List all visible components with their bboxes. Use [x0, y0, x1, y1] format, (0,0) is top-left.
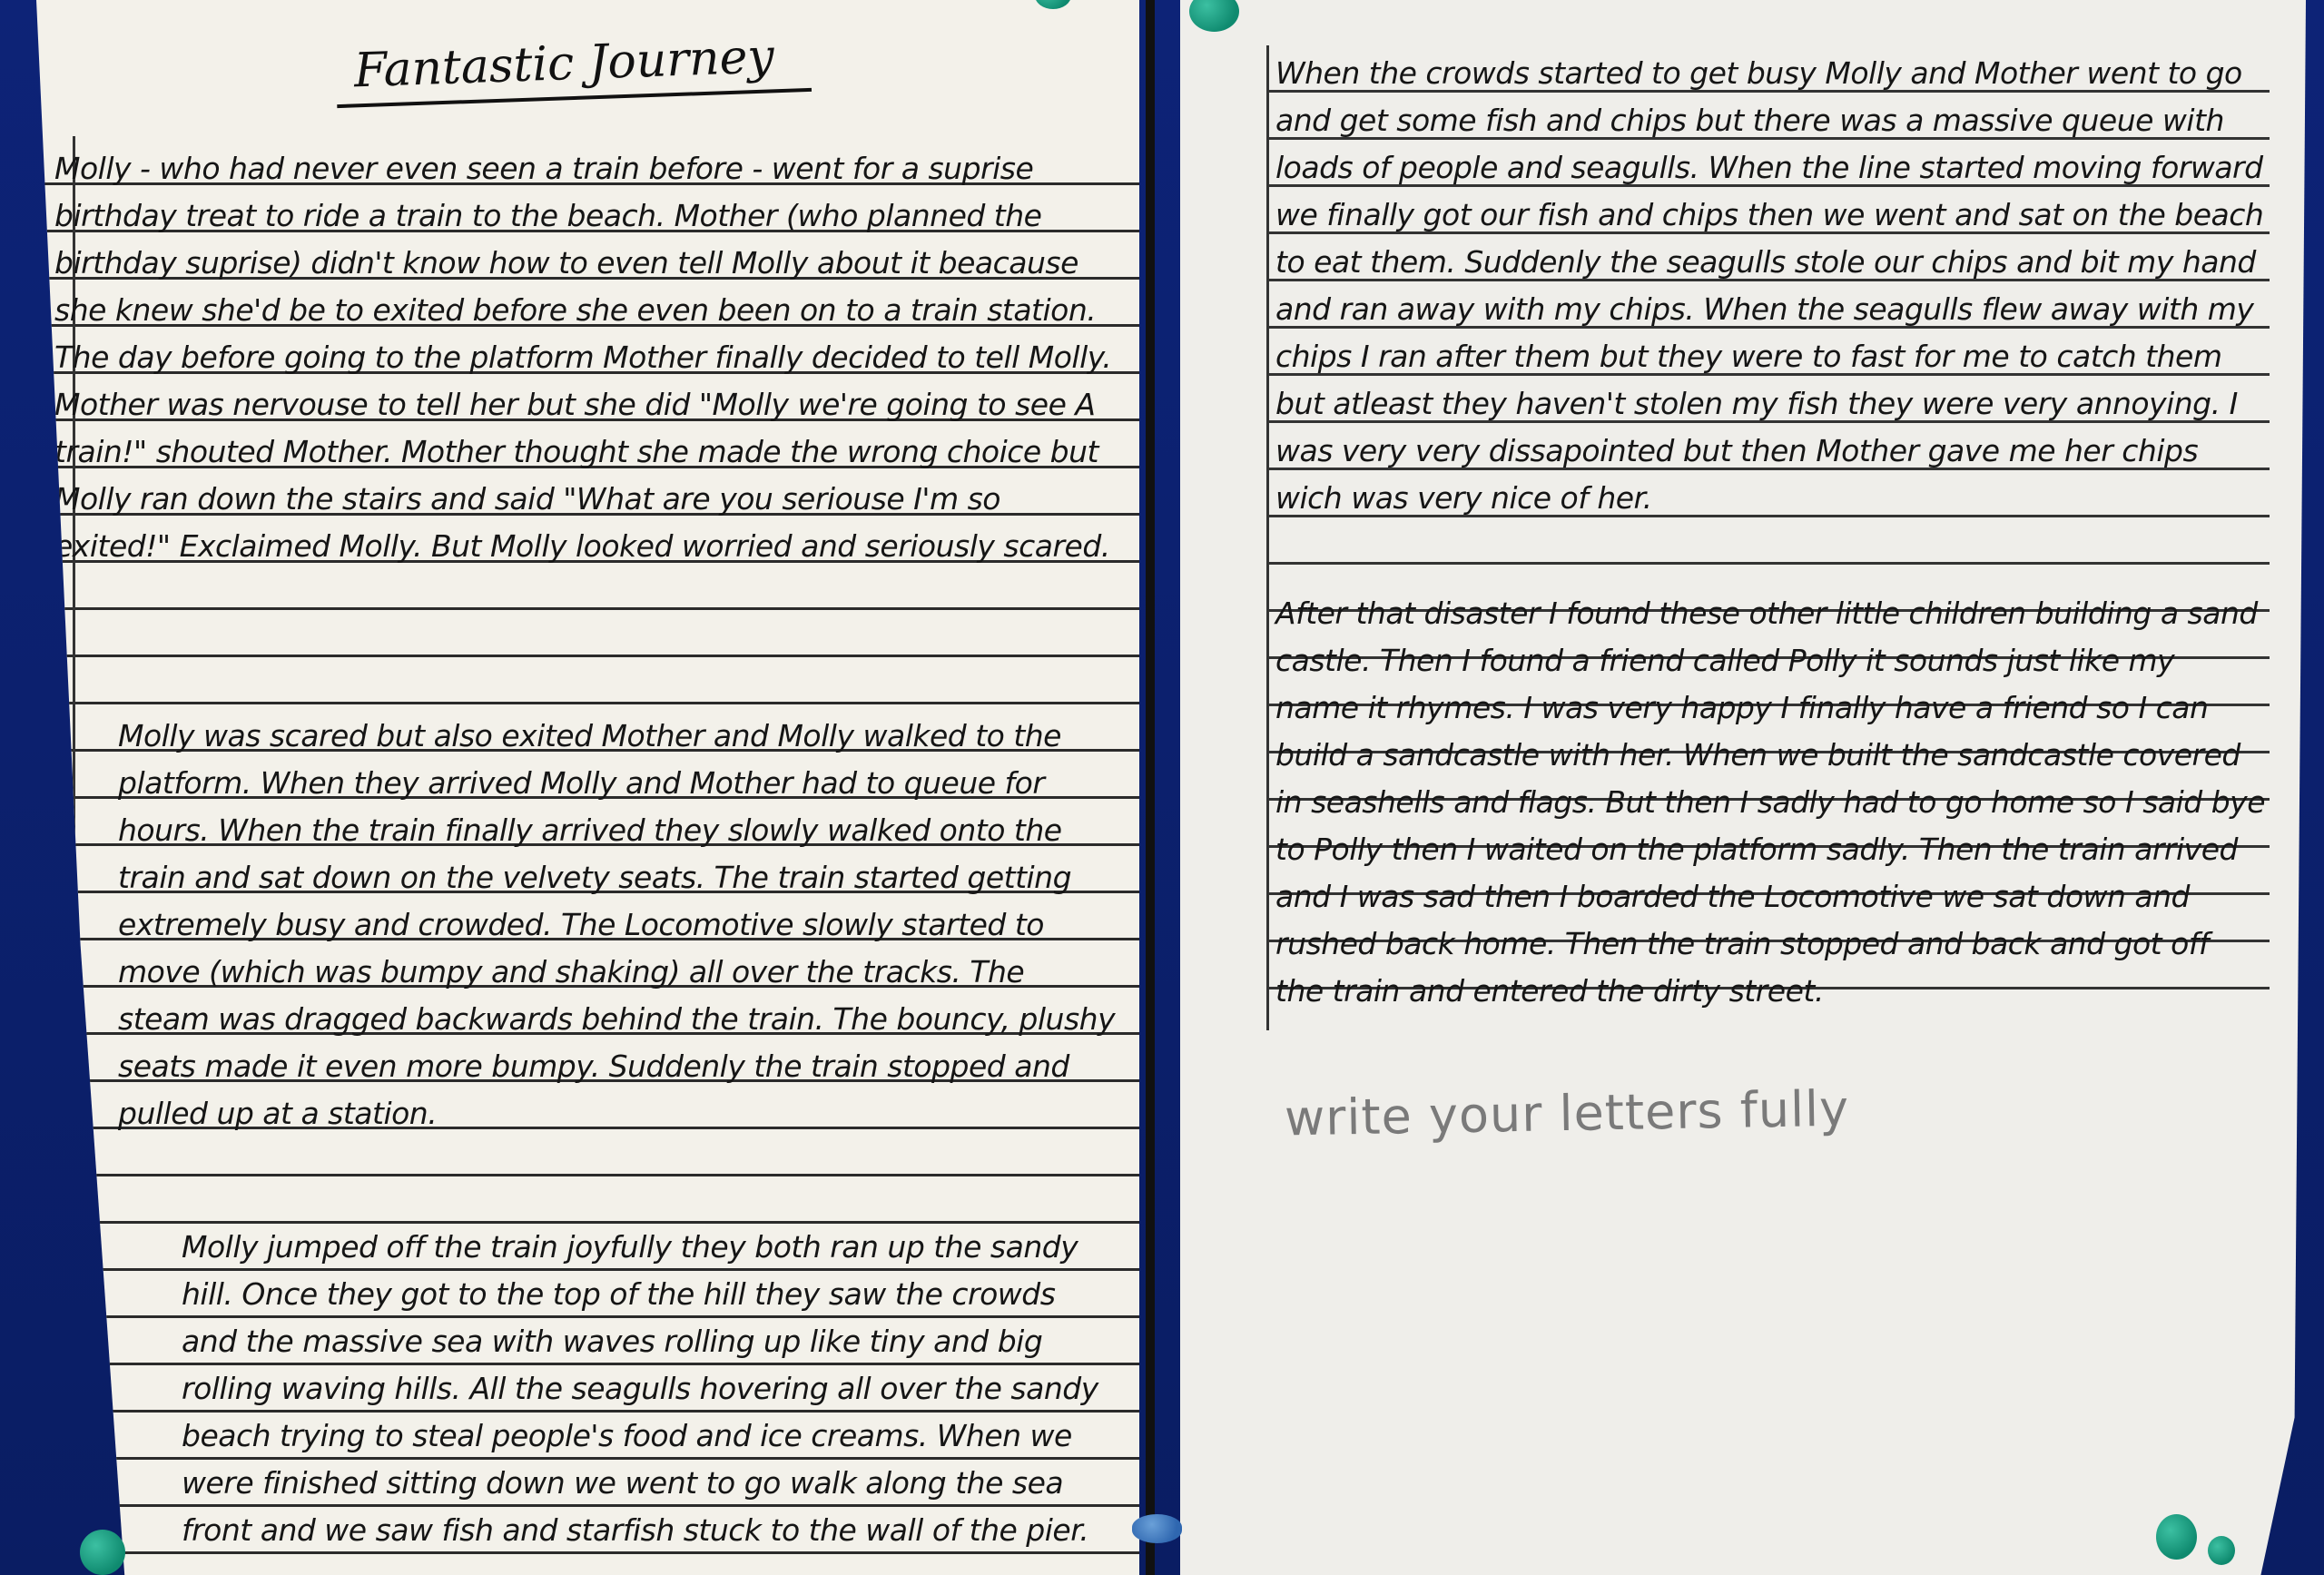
- paragraph-text: When the crowds started to get busy Moll…: [1275, 50, 2265, 522]
- green-pushpin-icon: [80, 1530, 125, 1575]
- teacher-comment: write your letters fully: [1284, 1080, 1849, 1147]
- paragraph-text: Molly jumped off the train joyfully they…: [182, 1224, 1117, 1554]
- story-title: Fantastic Journey: [335, 28, 812, 108]
- board-divider: [1146, 0, 1155, 1575]
- paragraph-text: After that disaster I found these other …: [1275, 590, 2265, 1015]
- paragraph-text: Molly - who had never even seen a train …: [54, 145, 1117, 570]
- right-handwritten-page: When the crowds started to get busy Moll…: [1180, 0, 2306, 1575]
- pasted-sheet: When the crowds started to get busy Moll…: [1266, 45, 2270, 1030]
- paragraph-3: Molly jumped off the train joyfully they…: [182, 1224, 1117, 1554]
- paragraph-2: Molly was scared but also exited Mother …: [118, 713, 1117, 1137]
- left-handwritten-page: Fantastic Journey Molly - who had never …: [36, 0, 1139, 1575]
- paragraph-4: When the crowds started to get busy Moll…: [1275, 50, 2265, 522]
- paragraph-5: After that disaster I found these other …: [1275, 590, 2265, 1015]
- green-pushpin-icon: [2208, 1536, 2235, 1565]
- margin-line: [1266, 45, 1269, 1030]
- green-pushpin-icon: [2156, 1514, 2197, 1560]
- paragraph-text: Molly was scared but also exited Mother …: [118, 713, 1117, 1137]
- paragraph-1: Molly - who had never even seen a train …: [54, 145, 1117, 570]
- blue-pushpin-icon: [1132, 1514, 1182, 1543]
